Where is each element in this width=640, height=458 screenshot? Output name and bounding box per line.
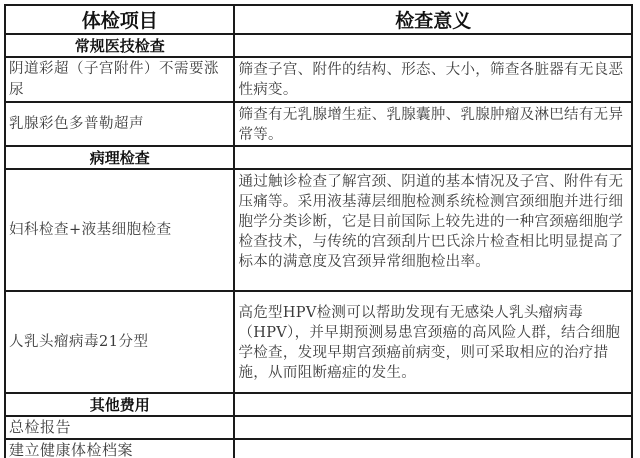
section-empty-cell	[234, 393, 632, 416]
meaning-cell: 高危型HPV检测可以帮助发现有无感染人乳头瘤病毒（HPV），并早期预测易患宫颈癌…	[234, 291, 632, 393]
table-row: 乳腺彩色多普勒超声 筛查有无乳腺增生症、乳腺囊肿、乳腺肿瘤及淋巴结有无异常等。	[5, 102, 632, 146]
meaning-cell	[234, 416, 632, 439]
table-row: 妇科检查+液基细胞检查 通过触诊检查了解宫颈、阴道的基本情况及子宫、附件有无压痛…	[5, 169, 632, 291]
exam-items-table: 体检项目 检查意义 常规医技检查 阴道彩超（子宫附件）不需要涨尿 筛查子宫、附件…	[4, 4, 633, 458]
item-cell: 阴道彩超（子宫附件）不需要涨尿	[5, 57, 234, 102]
item-cell: 总检报告	[5, 416, 234, 439]
header-exam-item: 体检项目	[5, 5, 234, 34]
section-empty-cell	[234, 34, 632, 57]
section-empty-cell	[234, 146, 632, 169]
meaning-cell: 筛查有无乳腺增生症、乳腺囊肿、乳腺肿瘤及淋巴结有无异常等。	[234, 102, 632, 146]
table-row: 建立健康体检档案	[5, 439, 632, 458]
meaning-cell: 通过触诊检查了解宫颈、阴道的基本情况及子宫、附件有无压痛等。采用液基薄层细胞检测…	[234, 169, 632, 291]
section-title: 常规医技检查	[5, 34, 234, 57]
item-cell: 妇科检查+液基细胞检查	[5, 169, 234, 291]
table-row: 人乳头瘤病毒21分型 高危型HPV检测可以帮助发现有无感染人乳头瘤病毒（HPV）…	[5, 291, 632, 393]
section-row-other-fees: 其他费用	[5, 393, 632, 416]
item-cell: 建立健康体检档案	[5, 439, 234, 458]
section-title: 病理检查	[5, 146, 234, 169]
meaning-cell	[234, 439, 632, 458]
item-cell: 人乳头瘤病毒21分型	[5, 291, 234, 393]
meaning-text: 通过触诊检查了解宫颈、阴道的基本情况及子宫、附件有无压痛等。采用液基薄层细胞检测…	[238, 172, 628, 290]
header-row: 体检项目 检查意义	[5, 5, 632, 34]
header-exam-meaning: 检查意义	[234, 5, 632, 34]
table-row: 阴道彩超（子宫附件）不需要涨尿 筛查子宫、附件的结构、形态、大小，筛查各脏器有无…	[5, 57, 632, 102]
table-row: 总检报告	[5, 416, 632, 439]
section-title: 其他费用	[5, 393, 234, 416]
item-cell: 乳腺彩色多普勒超声	[5, 102, 234, 146]
section-row-routine: 常规医技检查	[5, 34, 632, 57]
section-row-pathology: 病理检查	[5, 146, 632, 169]
meaning-cell: 筛查子宫、附件的结构、形态、大小，筛查各脏器有无良恶性病变。	[234, 57, 632, 102]
